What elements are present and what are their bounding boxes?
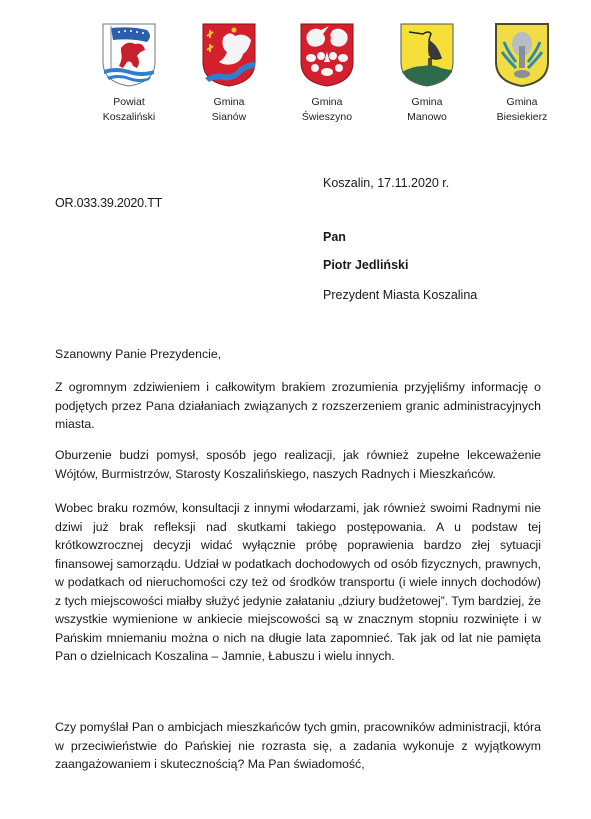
paragraph-4: Czy pomyślał Pan o ambicjach mieszkańców… <box>55 718 541 774</box>
gmina-biesiekierz-crest-icon <box>494 22 550 88</box>
gmina-manowo-crest-icon <box>399 22 455 88</box>
gmina-sianow-crest-icon <box>201 22 257 88</box>
crest-label-line1: Gmina <box>179 95 279 110</box>
recipient-salutation: Pan <box>323 230 346 244</box>
crest-label-line2: Koszaliński <box>79 110 179 125</box>
place-date: Koszalin, 17.11.2020 r. <box>323 176 449 190</box>
gmina-swieszyno-crest-icon <box>299 22 355 88</box>
crest-gmina-swieszyno: Gmina Świeszyno <box>277 22 377 124</box>
crest-label-line2: Biesiekierz <box>472 110 572 125</box>
crest-label-line2: Manowo <box>377 110 477 125</box>
paragraph-text: Oburzenie budzi pomysł, sposób jego real… <box>55 446 541 483</box>
greeting: Szanowny Panie Prezydencie, <box>55 345 541 364</box>
crest-label-line2: Sianów <box>179 110 279 125</box>
crest-label-line1: Powiat <box>79 95 179 110</box>
recipient-title: Prezydent Miasta Koszalina <box>323 288 477 302</box>
paragraph-3: Wobec braku rozmów, konsultacji z innymi… <box>55 499 541 666</box>
crest-gmina-biesiekierz: Gmina Biesiekierz <box>472 22 572 124</box>
reference-number: OR.033.39.2020.TT <box>55 196 162 210</box>
paragraph-text: Wobec braku rozmów, konsultacji z innymi… <box>55 499 541 666</box>
powiat-koszalinski-crest-icon <box>101 22 157 88</box>
crest-powiat-koszalinski: Powiat Koszaliński <box>79 22 179 124</box>
crest-label-line1: Gmina <box>277 95 377 110</box>
paragraph-text: Z ogromnym zdziwieniem i całkowitym brak… <box>55 378 541 434</box>
paragraph-1: Z ogromnym zdziwieniem i całkowitym brak… <box>55 378 541 434</box>
crest-gmina-sianow: Gmina Sianów <box>179 22 279 124</box>
crest-label-line2: Świeszyno <box>277 110 377 125</box>
crest-label-line1: Gmina <box>472 95 572 110</box>
paragraph-2: Oburzenie budzi pomysł, sposób jego real… <box>55 446 541 483</box>
paragraph-text: Czy pomyślał Pan o ambicjach mieszkańców… <box>55 718 541 774</box>
recipient-name: Piotr Jedliński <box>323 258 408 272</box>
crest-label-line1: Gmina <box>377 95 477 110</box>
crest-gmina-manowo: Gmina Manowo <box>377 22 477 124</box>
header-crests: Powiat Koszaliński Gmina Sianów <box>0 22 591 132</box>
